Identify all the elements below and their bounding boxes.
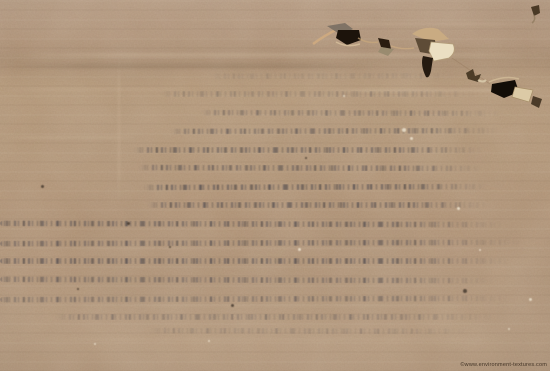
watermark: ©www.environment-textures.com xyxy=(460,362,547,369)
cardboard-texture-photo: ©www.environment-textures.com xyxy=(0,0,550,371)
edge-vignette xyxy=(0,0,550,371)
